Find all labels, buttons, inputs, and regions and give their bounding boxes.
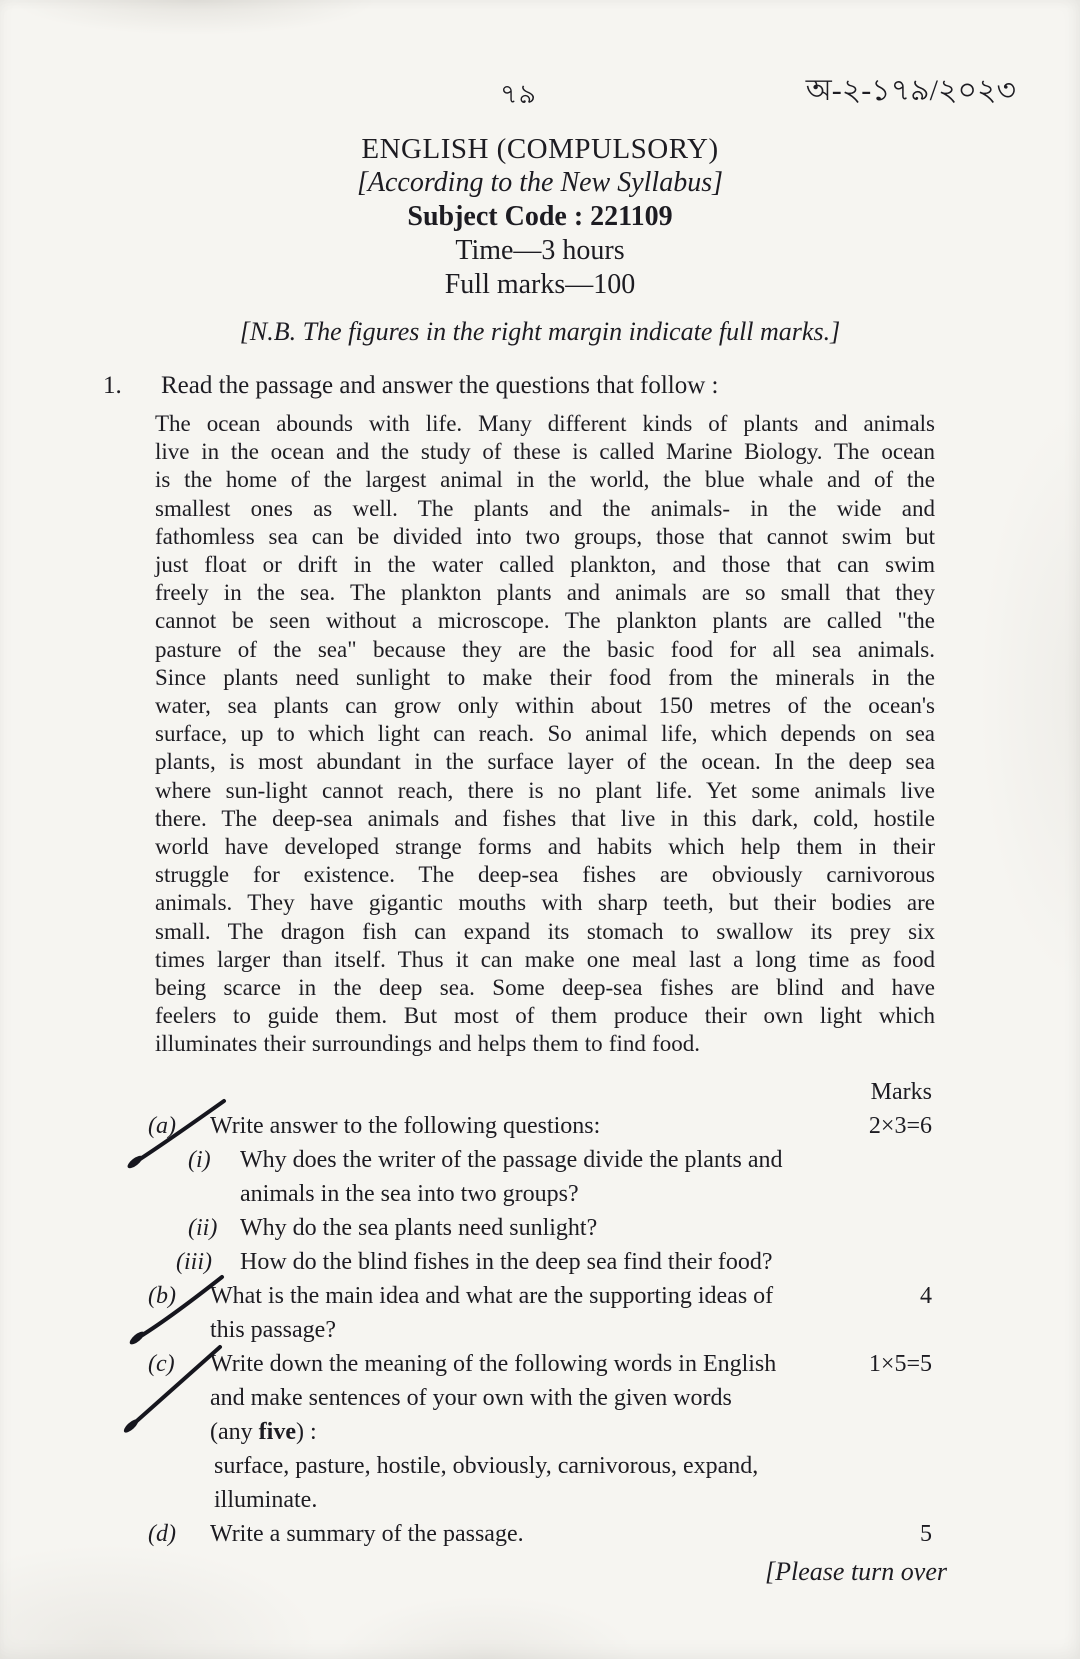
sub-questions: (a) Write answer to the following questi… xyxy=(0,1109,1080,1551)
vocabulary-words: surface, pasture, hostile, obviously, ca… xyxy=(0,1449,1080,1517)
sub-question-ii: (ii) Why do the sea plants need sunlight… xyxy=(0,1211,1080,1245)
passage-line: struggle for existence. The deep-sea fis… xyxy=(155,861,935,889)
passage-line: pasture of the sea" because they are the… xyxy=(155,636,935,664)
sub-question-text: What is the main idea and what are the s… xyxy=(210,1279,930,1347)
syllabus-note: [According to the New Syllabus] xyxy=(0,166,1080,200)
subject-code: Subject Code : 221109 xyxy=(0,200,1080,234)
passage-line: freely in the sea. The plankton plants a… xyxy=(155,579,935,607)
sub-question-b: (b) What is the main idea and what are t… xyxy=(0,1279,1080,1347)
sub-question-text: Why does the writer of the passage divid… xyxy=(240,1143,930,1211)
page-number: ৭৯ xyxy=(500,74,537,119)
marks-column-header: Marks xyxy=(0,1075,1080,1109)
turn-over-note: [Please turn over xyxy=(0,1557,1080,1587)
paper-code: অ-২-১৭৯/২০২৩ xyxy=(806,66,1016,117)
passage-line: surface, up to which light can reach. So… xyxy=(155,720,935,748)
sub-question-text: Why do the sea plants need sunlight? xyxy=(240,1211,930,1245)
title-block: ENGLISH (COMPULSORY) [According to the N… xyxy=(0,132,1080,302)
sub-question-text: Write a summary of the passage. xyxy=(210,1517,930,1551)
passage-line: cannot be seen without a microscope. The… xyxy=(155,607,935,635)
passage-line: is the home of the largest animal in the… xyxy=(155,466,935,494)
marks-value: 4 xyxy=(920,1279,932,1313)
question-number: 1. xyxy=(103,370,161,402)
exam-paper-page: ৭৯ অ-২-১৭৯/২০২৩ ENGLISH (COMPULSORY) [Ac… xyxy=(0,0,1080,1659)
passage-line: small. The dragon fish can expand its st… xyxy=(155,918,935,946)
passage-line: Since plants need sunlight to make their… xyxy=(155,664,935,692)
passage-line: world have developed strange forms and h… xyxy=(155,833,935,861)
sub-question-label: (c) xyxy=(148,1347,210,1449)
sub-question-label: (b) xyxy=(148,1279,210,1347)
any-five-line: (any five) : xyxy=(210,1415,930,1449)
question-1-heading: 1. Read the passage and answer the quest… xyxy=(0,370,1080,402)
marks-value: 5 xyxy=(920,1517,932,1551)
sub-question-d: (d) Write a summary of the passage. 5 xyxy=(0,1517,1080,1551)
sub-question-text: Write down the meaning of the following … xyxy=(210,1347,930,1449)
sub-question-label: (a) xyxy=(148,1109,210,1143)
time-allowed: Time—3 hours xyxy=(0,234,1080,268)
sub-question-label: (iii) xyxy=(168,1245,240,1279)
page-header: ৭৯ অ-২-১৭৯/২০২৩ xyxy=(0,64,1080,104)
sub-question-label: (i) xyxy=(168,1143,240,1211)
passage-line: being scarce in the deep sea. Some deep-… xyxy=(155,974,935,1002)
marks-value: 2×3=6 xyxy=(869,1109,932,1143)
marks-value: 1×5=5 xyxy=(869,1347,932,1381)
passage-line: live in the ocean and the study of these… xyxy=(155,438,935,466)
passage-line: animals. They have gigantic mouths with … xyxy=(155,889,935,917)
passage-line: smallest ones as well. The plants and th… xyxy=(155,495,935,523)
sub-question-text: How do the blind fishes in the deep sea … xyxy=(240,1245,930,1279)
passage-line: fathomless sea can be divided into two g… xyxy=(155,523,935,551)
passage-line: where sun-light cannot reach, there is n… xyxy=(155,777,935,805)
nb-note: [N.B. The figures in the right margin in… xyxy=(0,316,1080,348)
passage-line: there. The deep-sea animals and fishes t… xyxy=(155,805,935,833)
exam-title: ENGLISH (COMPULSORY) xyxy=(0,132,1080,166)
passage-line: feelers to guide them. But most of them … xyxy=(155,1002,935,1030)
sub-question-a: (a) Write answer to the following questi… xyxy=(0,1109,1080,1143)
full-marks: Full marks—100 xyxy=(0,268,1080,302)
passage-line: just float or drift in the water called … xyxy=(155,551,935,579)
sub-question-i: (i) Why does the writer of the passage d… xyxy=(0,1143,1080,1211)
sub-question-label: (d) xyxy=(148,1517,210,1551)
passage-line: plants, is most abundant in the surface … xyxy=(155,748,935,776)
passage-line: times larger than itself. Thus it can ma… xyxy=(155,946,935,974)
question-instruction: Read the passage and answer the question… xyxy=(161,370,719,402)
passage-line: The ocean abounds with life. Many differ… xyxy=(155,410,935,438)
passage-line: water, sea plants can grow only within a… xyxy=(155,692,935,720)
sub-question-text: Write answer to the following questions: xyxy=(210,1109,930,1143)
sub-question-iii: (iii) How do the blind fishes in the dee… xyxy=(0,1245,1080,1279)
sub-question-c: (c) Write down the meaning of the follow… xyxy=(0,1347,1080,1449)
reading-passage: The ocean abounds with life. Many differ… xyxy=(155,410,935,1059)
sub-question-label: (ii) xyxy=(168,1211,240,1245)
passage-line: illuminates their surroundings and helps… xyxy=(155,1030,935,1058)
